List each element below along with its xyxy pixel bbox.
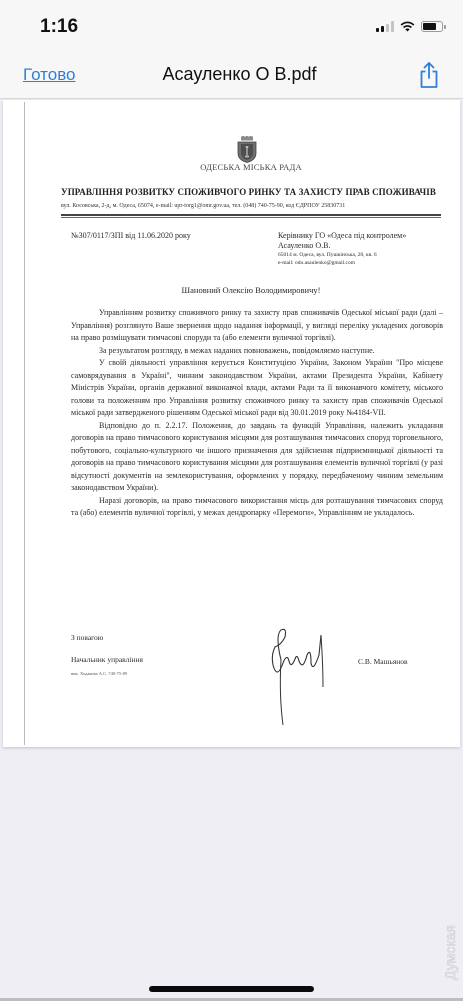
signature-icon <box>267 625 327 730</box>
battery-icon <box>421 21 443 32</box>
status-icons <box>376 21 443 32</box>
status-time: 1:16 <box>40 16 78 38</box>
recipient-name: Асауленко О.В. <box>278 241 406 251</box>
closing: З повагою <box>71 633 103 642</box>
share-icon[interactable] <box>417 60 441 90</box>
department-name: УПРАВЛІННЯ РОЗВИТКУ СПОЖИВЧОГО РИНКУ ТА … <box>61 187 441 197</box>
wifi-icon <box>400 21 415 32</box>
nav-bar: Готово Асауленко О В.pdf <box>0 58 463 99</box>
pdf-page[interactable]: ОДЕСЬКА МІСЬКА РАДА УПРАВЛІННЯ РОЗВИТКУ … <box>3 100 460 747</box>
registration-number: №307/0117/ЗПІ від 11.06.2020 року <box>71 231 191 240</box>
document-title: Асауленко О В.pdf <box>0 64 463 85</box>
city-council-name: ОДЕСЬКА МІСЬКА РАДА <box>61 162 441 172</box>
odesa-coat-of-arms-icon <box>237 136 257 163</box>
letterhead-rule-thin <box>61 217 441 218</box>
scan-margin-line <box>24 102 25 745</box>
executor-note: вик. Ходакова А.С. 740-75-89 <box>71 671 127 676</box>
home-indicator[interactable] <box>149 986 314 992</box>
watermark: Думская <box>442 925 458 980</box>
recipient-title: Керівнику ГО «Одеса під контролем» <box>278 231 406 241</box>
paragraph: Наразі договорів, на право тимчасового в… <box>71 495 443 520</box>
greeting: Шановний Олексію Володимировичу! <box>61 285 441 295</box>
cellular-signal-icon <box>376 21 394 32</box>
recipient-block: Керівнику ГО «Одеса під контролем» Асаул… <box>278 231 406 267</box>
paragraph: Відповідно до п. 2.2.17. Положення, до з… <box>71 420 443 495</box>
paragraph: У своїй діяльності управління керується … <box>71 357 443 420</box>
status-bar: 1:16 <box>0 0 463 58</box>
recipient-address: 65014 м. Одеса, вул. Пушкінська, 28, кв.… <box>278 251 406 259</box>
paragraph: За результатом розгляду, в межах наданих… <box>71 345 443 358</box>
recipient-email: e-mail: odo.asaulenko@gmail.com <box>278 259 406 267</box>
letterhead-rule <box>61 214 441 216</box>
signer-name: С.В. Машьянов <box>358 657 408 666</box>
letter-body: Управлінням розвитку споживчого ринку та… <box>71 307 443 520</box>
department-address: вул. Косовська, 2-д, м. Одеса, 65074, e-… <box>61 203 441 209</box>
paragraph: Управлінням розвитку споживчого ринку та… <box>71 307 443 345</box>
signer-position: Начальник управління <box>71 655 143 664</box>
